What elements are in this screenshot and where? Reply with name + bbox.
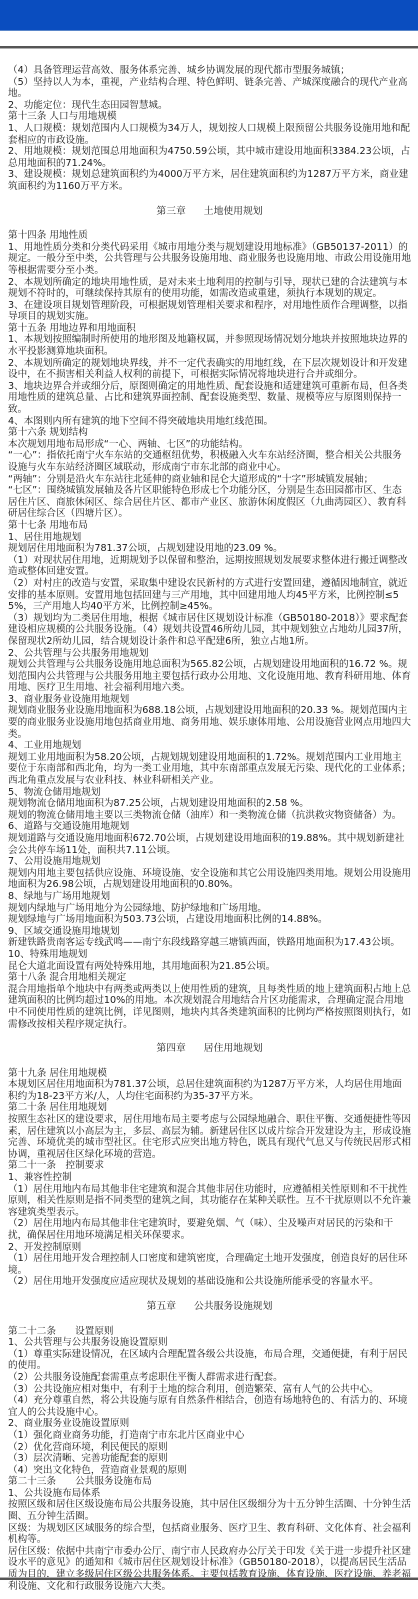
paragraph: （2）居住用地内布局其他非住宅建筑时，要避免烟、气（味）、尘及噪声对居民的污染和…	[8, 1218, 411, 1241]
paragraph: （2）优化营商环境，利民便民的原则	[8, 1442, 411, 1454]
paragraph: 按照生态社区的建设要求，居住用地布局主要考虑与公园绿地融合、职住平衡、交通便捷性…	[8, 1114, 411, 1160]
paragraph: 3、地块边界合并或细分后，原图则确定的用地性质、配套设施和适建建筑可重新布局，但…	[8, 381, 411, 416]
paragraph: 1、居住用地规划	[8, 532, 411, 544]
paragraph: 2、功能定位：现代生态田园智慧城。	[8, 100, 411, 112]
paragraph: 6、道路与交通设施用地规划	[8, 821, 411, 833]
paragraph: （1）对现状居住用地，近期规划予以保留和整治，远期按照规划发展要求整体进行搬迁调…	[8, 555, 411, 578]
paragraph: 1、用地性质分类和分类代码采用《城市用地分类与规划建设用地标准》（GB50137…	[8, 242, 411, 277]
paragraph: （1）强化商业商务功能，打造南宁市东北片区商业中心	[8, 1430, 411, 1442]
chapter-heading: 第四章居住用地规划	[8, 1043, 411, 1055]
paragraph: 1、兼容性控制	[8, 1172, 411, 1184]
chapter-title: 土地使用规划	[204, 206, 263, 217]
paragraph: （3）层次清晰、完善功能配套的原则	[8, 1453, 411, 1465]
paragraph: 本次规划用地布局形成“一心、两轴、七区”的功能结构。	[8, 439, 411, 451]
paragraph: 居住区级：依据中共南宁市委办公厅、南宁市人民政府办公厅关于印发《关于进一步提升社…	[8, 1546, 411, 1592]
paragraph: 2、公共管理与公共服务用地规划	[8, 648, 411, 660]
paragraph: 规划内用地主要包括供应设施、环境设施、安全设施和其它公用设施四类用地。规划公用设…	[8, 868, 411, 891]
chapter-title: 公共服务设施规划	[194, 1301, 272, 1312]
chapter-title: 居住用地规划	[204, 1043, 263, 1054]
bottom-divider	[0, 1577, 418, 1580]
chapter-number: 第五章	[147, 1301, 176, 1312]
paragraph: “七区”：围绕城镇发展轴及各片区职能特色形成七个功能分区，分别是生态田园都市区、…	[8, 485, 411, 520]
paragraph: 规划工业用地面积为58.20公顷，占规划规划建设用地面积的1.72%。规划范围内…	[8, 752, 411, 787]
paragraph: 区级：为规划区区域服务的综合型，包括商业服务、医疗卫生、教育科研、文化体育、社会…	[8, 1523, 411, 1546]
article-heading: 第十五条 用地边界和用地面积	[8, 323, 411, 335]
article-heading: 第十七条 用地布局	[8, 520, 411, 532]
paragraph: （4）充分尊重自然，将公共设施与原有自然条件相结合，创造有场地特色的、有活力的、…	[8, 1395, 411, 1418]
paragraph: （5）坚持以人为本，重视，产业结构合理、特色鲜明、链条完善、产城深度融合的现代产…	[8, 77, 411, 100]
article-heading: 第二十二条 设置原则	[8, 1326, 411, 1338]
paragraph: （2）公共服务设施配套需重点考虑职住平衡人群需求进行配套。	[8, 1372, 411, 1384]
article-heading: 第十三条 人口与用地规模	[8, 111, 411, 123]
paragraph: 规划绿地与广场用地面积为503.73公顷，占建设用地面积比例的14.88%。	[8, 914, 411, 926]
paragraph: 规划居住用地面积为781.37公顷，占规划建设用地的23.09 %。	[8, 543, 411, 555]
paragraph: 新建铁路贵南客运专线武鸣——南宁东段线路穿越三塘镇西面，铁路用地面积为17.43…	[8, 937, 411, 949]
article-heading: 第十六条 规划结构	[8, 427, 411, 439]
paragraph: （2）对村庄的改造与安置，采取集中建设农民新村的方式进行安置回建，遵循因地制宜，…	[8, 578, 411, 613]
paragraph: （3）规划均为二类居住用地，根据《城市居住区规划设计标准（GB50180-201…	[8, 613, 411, 648]
header-strip	[0, 31, 418, 46]
paragraph: 3、商业服务业设施用地规划	[8, 694, 411, 706]
paragraph: （4）突出文化特色，营造商业景观的原则	[8, 1465, 411, 1477]
paragraph: （1）尊重实际建设情况，在区域内合理配置各级公共设施，布局合理，交通便捷，有利于…	[8, 1349, 411, 1372]
paragraph: 规划公共管理与公共服务设施用地总面积为565.82公顷，占规划建设用地面积的16…	[8, 659, 411, 694]
paragraph: 3、在建设项目规划管理阶段，可根据规划管理相关要求和程序，对用地性质作合理调整，…	[8, 300, 411, 323]
paragraph: （1）居住用地内布局其他非住宅建筑和混合其他非居住功能时，应遵循相关性原则和不干…	[8, 1184, 411, 1219]
paragraph: 2、商业服务业设施设置原则	[8, 1418, 411, 1430]
paragraph: 2、本规划所确定的规划地块界线，并不一定代表确实的用地红线，在下层次规划设计和开…	[8, 358, 411, 381]
paragraph: 3、建设规模：规划总建筑面积约为4000万平方米，居住建筑面积约为1287万平方…	[8, 169, 411, 192]
paragraph: 规划内绿地与广场用地分为公园绿地、防护绿地和广场用地。	[8, 903, 411, 915]
paragraph: 混合用地指单个地块中有两类或两类以上使用性质的建筑，且每类性质的地上建筑面积占地…	[8, 984, 411, 1030]
paragraph: “一心”：指依托南宁火车东站的交通枢纽优势，积极融入火车东站经济圈，整合相关公共…	[8, 450, 411, 473]
paragraph: （4）具备管理运营高效、服务体系完善、城乡协调发展的现代都市型服务城镇；	[8, 65, 411, 77]
article-heading: 第二十一条 控制要求	[8, 1160, 411, 1172]
paragraph: 规划商业服务业设施用地面积为688.18公顷，占规划建设用地面积的20.33 %…	[8, 705, 411, 740]
paragraph: 4、工业用地规划	[8, 740, 411, 752]
paragraph: 1、公共设施布局体系	[8, 1488, 411, 1500]
paragraph: （1）居住用地开发合理控制人口密度和建筑密度，合理确定土地开发强度，创造良好的居…	[8, 1253, 411, 1276]
paragraph: 7、公用设施用地规划	[8, 856, 411, 868]
paragraph: 9、区域交通设施用地规划	[8, 926, 411, 938]
paragraph: 1、本规划按照编制时所使用的地形图及地籍权属，并参照现场情况划分地块并按照地块边…	[8, 334, 411, 357]
paragraph: 1、公共管理与公共服务设施设置原则	[8, 1337, 411, 1349]
article-heading: 第二十三条 公共服务设施布局	[8, 1476, 411, 1488]
paragraph: 2、本规划所确定的地块用地性质，是对未来土地利用的控制与引导，现状已建的合法建筑…	[8, 277, 411, 300]
paragraph: 2、用地规模：规划范围总用地面积为4750.59公顷，其中城市建设用地面积338…	[8, 146, 411, 169]
paragraph: 5、物流仓储用地规划	[8, 787, 411, 799]
article-heading: 第二十条 居住用地规划	[8, 1102, 411, 1114]
paragraph: 10、特殊用地规划	[8, 949, 411, 961]
paragraph: “两轴”：分别是沿火车东站往北延伸的商业轴和昆仑大道形成的“十字”形城镇发展轴；	[8, 474, 411, 486]
paragraph: （2）居住用地开发强度应适应现状及规划的基础设施和公共设施所能承受的容量水平。	[8, 1276, 411, 1288]
chapter-heading: 第五章公共服务设施规划	[8, 1301, 411, 1313]
header-band	[0, 0, 418, 31]
article-heading: 第十四条 用地性质	[8, 230, 411, 242]
chapter-heading: 第三章土地使用规划	[8, 206, 411, 218]
paragraph: 2、开发控制原则	[8, 1242, 411, 1254]
paragraph: 8、绿地与广场用地规划	[8, 891, 411, 903]
paragraph: 4、本图则内所有建筑的地下空间不得突破地块用地红线范围。	[8, 416, 411, 428]
paragraph: 本规划区居住用地面积为781.37公顷，总居住建筑面积约为1287万平方米，人均…	[8, 1079, 411, 1102]
paragraph: 1、人口规模：规划范围内人口规模为34万人，规划按人口规模上限预留公共服务设施用…	[8, 123, 411, 146]
paragraph: （3）公共设施应相对集中，有利于土地的综合利用，创造繁荣、富有人气的公共中心。	[8, 1384, 411, 1396]
paragraph: 规划物流仓储用地面积为87.25公顷，占规划建设用地面积的2.58 %。	[8, 798, 411, 810]
paragraph: 规划的物流仓储用地主要以三类物流仓储（油库）和一类物流仓储（抗洪救灾物资储备）为…	[8, 810, 411, 822]
paragraph: 规划道路与交通设施用地面积672.70公顷，占规划建设用地面积的19.88%。其…	[8, 833, 411, 856]
article-heading: 第十八条 混合用地相关规定	[8, 972, 411, 984]
chapter-number: 第三章	[156, 206, 185, 217]
article-heading: 第十九条 居住用地规模	[8, 1068, 411, 1080]
chapter-number: 第四章	[156, 1043, 185, 1054]
paragraph: 按照区级和居住区级设施布局公共服务设施，其中居住区级细分为十五分钟生活圈、十分钟…	[8, 1499, 411, 1522]
paragraph: 昆仑大道北面设置有两处特殊用地，其用地面积为21.85公顷。	[8, 961, 411, 973]
document-body: （4）具备管理运营高效、服务体系完善、城乡协调发展的现代都市型服务城镇；（5）坚…	[0, 49, 418, 1592]
